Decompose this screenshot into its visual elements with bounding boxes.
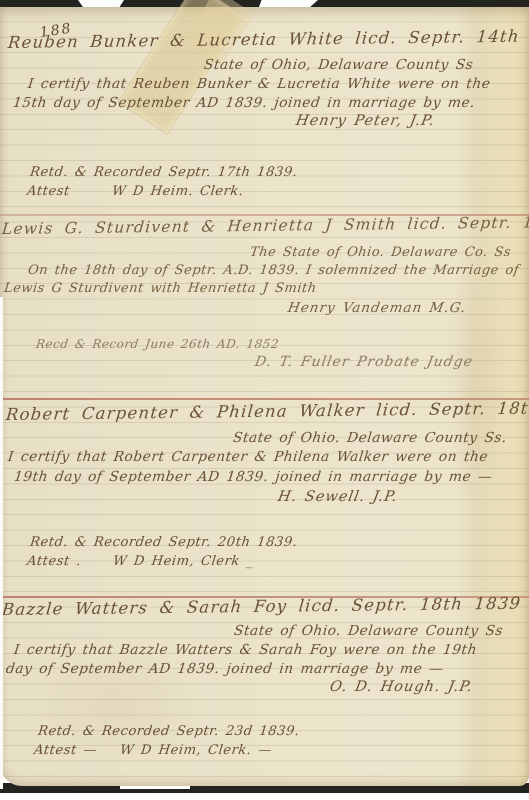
entry-1-state-line: State of Ohio, Delaware County Ss	[203, 57, 474, 73]
entry-1-attest-value: W D Heim. Clerk.	[111, 184, 244, 199]
entry-1-signature: Henry Peter, J.P.	[295, 113, 436, 129]
page-left-edge	[0, 297, 3, 789]
entry-1-body-line-1: I certify that Reuben Bunker & Lucretia …	[27, 76, 491, 92]
entry-4-body-line-1: I certify that Bazzle Watters & Sarah Fo…	[13, 642, 478, 658]
entry-3-attest-value: W D Heim, Clerk _	[112, 554, 254, 569]
entry-2-state-line: The State of Ohio. Delaware Co. Ss	[249, 245, 512, 260]
entry-4-body-line-2: day of September AD 1839. joined in marr…	[5, 661, 444, 677]
entry-2-recorded-signature: D. T. Fuller Probate Judge	[254, 354, 475, 370]
entry-4-attest-label: Attest —	[33, 743, 98, 758]
entry-4-state-line: State of Ohio. Delaware County Ss	[233, 623, 504, 639]
entry-2-body-line-2: Lewis G Sturdivent with Henrietta J Smit…	[3, 281, 317, 296]
entry-3-header: Robert Carpenter & Philena Walker licd. …	[5, 398, 529, 424]
entry-4-signature: O. D. Hough. J.P.	[329, 679, 475, 695]
entry-3-signature: H. Sewell. J.P.	[277, 489, 399, 505]
mat-bottom	[0, 793, 529, 800]
entry-3-body-line-2: 19th day of September AD 1839. joined in…	[13, 469, 493, 485]
entry-2-signature: Henry Vandeman M.G.	[287, 300, 468, 316]
entry-3-attest-label: Attest .	[26, 554, 82, 569]
entry-1-header: Reuben Bunker & Lucretia White licd. Sep…	[7, 26, 529, 52]
entry-3-state-line: State of Ohio. Delaware County Ss.	[232, 430, 508, 446]
entry-2-recorded-line: Recd & Record June 26th AD. 1852	[35, 337, 280, 351]
entry-4-attest-value: W D Heim, Clerk. —	[119, 743, 273, 758]
entry-1-body-line-2: 15th day of September AD 1839. joined in…	[12, 95, 476, 111]
entry-4-recorded-line: Retd. & Recorded Septr. 23d 1839.	[37, 724, 300, 739]
entry-3-body-line-1: I certify that Robert Carpenter & Philen…	[7, 449, 489, 465]
entry-2-header: Lewis G. Sturdivent & Henrietta J Smith …	[1, 212, 529, 238]
stain	[440, 247, 510, 507]
ledger-page: 188 Reuben Bunker & Lucretia White licd.…	[0, 7, 529, 786]
entry-1-recorded-line: Retd. & Recorded Septr. 17th 1839.	[29, 165, 298, 180]
entry-3-recorded-line: Retd. & Recorded Septr. 20th 1839.	[29, 535, 298, 550]
entry-1-attest-label: Attest	[26, 184, 71, 199]
ledger-photo: 188 Reuben Bunker & Lucretia White licd.…	[0, 0, 529, 800]
entry-2-body-line-1: On the 18th day of Septr. A.D. 1839. I s…	[27, 263, 520, 278]
